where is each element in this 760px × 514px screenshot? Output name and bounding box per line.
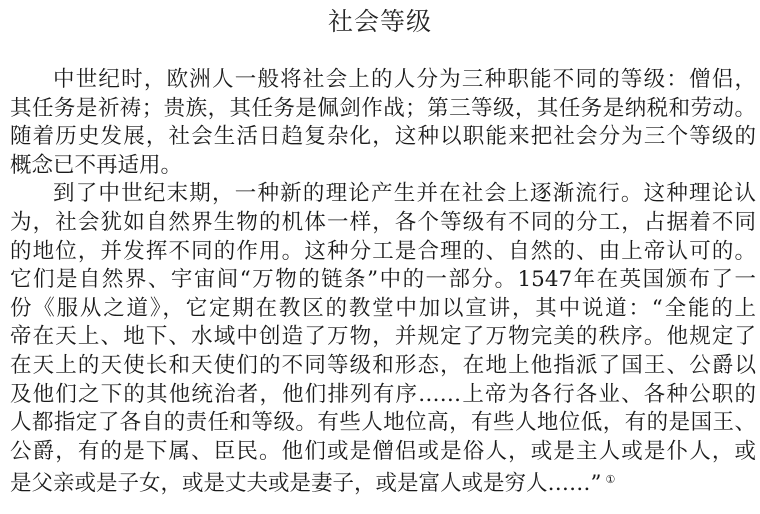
text-line: 随着历史发展，社会生活日趋复杂化，这种以职能来把社会分为三个等级的 — [10, 123, 756, 152]
text-line: 为，社会犹如自然界生物的机体一样，各个等级有不同的分工，占据着不同 — [10, 209, 756, 238]
text-line: 它们是自然界、宇宙间“万物的链条”中的一部分。1547年在英国颁布了一 — [10, 266, 756, 295]
text-line: 在天上的天使长和天使们的不同等级和形态，在地上他指派了国王、公爵以 — [10, 352, 756, 381]
text-line-final: 是父亲或是子女，或是丈夫或是妻子，或是富人或是穷人……”① — [10, 466, 756, 495]
page-title: 社会等级 — [0, 6, 760, 38]
text-line: 公爵，有的是下属、臣民。他们或是僧侣或是俗人，或是主人或是仆人，或 — [10, 438, 756, 467]
paragraph-2: 到了中世纪末期，一种新的理论产生并在社会上逐渐流行。这种理论认 为，社会犹如自然… — [10, 180, 756, 495]
text-line: 其任务是祈祷；贵族，其任务是佩剑作战；第三等级，其任务是纳税和劳动。 — [10, 95, 756, 124]
text-line: 到了中世纪末期，一种新的理论产生并在社会上逐渐流行。这种理论认 — [10, 180, 756, 209]
text-line-content: 是父亲或是子女，或是丈夫或是妻子，或是富人或是穷人……” — [10, 471, 602, 496]
paragraph-1: 中世纪时，欧洲人一般将社会上的人分为三种职能不同的等级：僧侣， 其任务是祈祷；贵… — [10, 66, 756, 180]
text-line: 份《服从之道》，它定期在教区的教堂中加以宣讲，其中说道：“全能的上 — [10, 295, 756, 324]
text-line: 帝在天上、地下、水域中创造了万物，并规定了万物完美的秩序。他规定了 — [10, 323, 756, 352]
article-body: 中世纪时，欧洲人一般将社会上的人分为三种职能不同的等级：僧侣， 其任务是祈祷；贵… — [10, 66, 756, 495]
text-line: 概念已不再适用。 — [10, 152, 756, 181]
text-line: 及他们之下的其他统治者，他们排列有序……上帝为各行各业、各种公职的 — [10, 381, 756, 410]
text-line: 人都指定了各自的责任和等级。有些人地位高，有些人地位低，有的是国王、 — [10, 409, 756, 438]
text-line: 的地位，并发挥不同的作用。这种分工是合理的、自然的、由上帝认可的。 — [10, 238, 756, 267]
text-line: 中世纪时，欧洲人一般将社会上的人分为三种职能不同的等级：僧侣， — [10, 66, 756, 95]
footnote-marker[interactable]: ① — [606, 473, 616, 486]
